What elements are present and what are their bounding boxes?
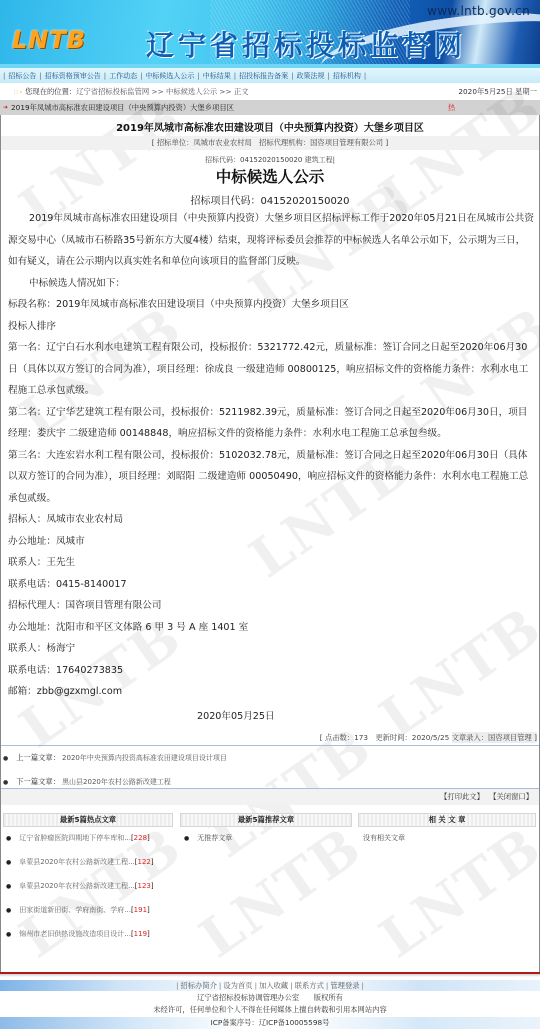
nav-separator: | <box>104 72 106 80</box>
section-name: 标段名称：2019年凤城市高标准农田建设项目（中央预算内投资）大堡乡项目区 <box>8 294 534 316</box>
no-related-text: 没有相关文章 <box>363 833 405 843</box>
bullet-icon: ● <box>184 835 189 842</box>
bullet-icon: ● <box>6 835 11 842</box>
next-article: ● 下一篇文章： 黑山县2020年农村公路新改建工程 <box>3 777 171 787</box>
nav-separator: | <box>39 72 41 80</box>
nav-item-bid-results[interactable]: 中标结果 <box>203 71 231 81</box>
nav-separator: | <box>234 72 236 80</box>
view-count: 122 <box>137 858 150 866</box>
tenderer-contact: 联系人：王先生 <box>8 552 534 574</box>
print-button[interactable]: 【打印此文】 <box>440 792 484 801</box>
footer-link-bookmark[interactable]: 加入收藏 <box>259 981 288 990</box>
main-nav: | 招标公告 | 招标资格预审公告 | 工作动态 | 中标候选人公示 | 中标结… <box>0 68 540 83</box>
related-articles-list: 没有相关文章 <box>363 826 405 850</box>
prev-article-link[interactable]: 2020年中央预算内投资高标准农田建设项目设计项目 <box>62 753 227 763</box>
candidate-1: 第一名：辽宁白石水利水电建筑工程有限公司，投标报价：5321772.42元，质量… <box>8 337 534 402</box>
candidates-heading: 中标候选人情况如下： <box>8 273 534 295</box>
nav-item-candidate-notice[interactable]: 中标候选人公示 <box>145 71 194 81</box>
footer-shadow <box>0 974 540 977</box>
agent-email: 邮箱：zbb@gzxmgl.com <box>8 681 534 703</box>
notice-title: 中标候选人公示 <box>0 165 540 187</box>
sign-date: 2020年05月25日 <box>197 708 275 722</box>
agent-address: 办公地址：沈阳市和平区文体路 6 甲 3 号 A 座 1401 室 <box>8 617 534 639</box>
footer-link-about[interactable]: 招标办简介 <box>180 981 216 990</box>
agent-contact: 联系人：杨海宁 <box>8 638 534 660</box>
footer-copyright: 辽宁省招标投标协调管理办公室 版权所有 <box>0 993 540 1003</box>
breadcrumb[interactable]: 辽宁省招标投标监管网 >> 中标候选人公示 >> 正文 <box>76 87 248 97</box>
view-count: 123 <box>137 882 150 890</box>
nav-item-policies[interactable]: 政策法规 <box>297 71 325 81</box>
recommended-articles-list: ●无推荐文章 <box>184 826 232 850</box>
view-count: 228 <box>134 834 147 842</box>
article-meta: [ 点击数：173 更新时间：2020/5/25 文章录入：国咨项目管理 ] <box>0 733 537 743</box>
ranking-heading: 投标人排序 <box>8 316 534 338</box>
list-item[interactable]: ●锦州市老旧供热设施改造项目设计...[119] <box>6 922 154 946</box>
bullet-icon: ● <box>6 883 11 890</box>
nav-item-work-news[interactable]: 工作动态 <box>109 71 137 81</box>
nav-separator: | <box>140 72 142 80</box>
hot-badge: 热 <box>448 103 455 113</box>
prev-label: 上一篇文章： <box>16 753 60 763</box>
agent-phone: 联系电话：17640273835 <box>8 660 534 682</box>
article-body: 2019年凤城市高标准农田建设项目（中央预算内投资）大堡乡项目区招标评标工作于2… <box>8 208 534 703</box>
breadcrumb-dots-icon: ∷ › <box>14 89 22 96</box>
hot-articles-list: ●辽宁省肿瘤医院四期地下停车库和...[228] ●阜蒙县2020年农村公路新改… <box>6 826 154 946</box>
hot-article-link[interactable]: 田家街道新田街、学府南街、学府... <box>19 905 131 915</box>
tenderer-phone: 联系电话：0415-8140017 <box>8 574 534 596</box>
next-article-link[interactable]: 黑山县2020年农村公路新改建工程 <box>62 777 171 787</box>
article-unit-info: [ 招标单位：凤城市农业农村局 招标代理机构：国咨项目管理有限公司 ] <box>1 136 539 150</box>
current-article-title: 2019年凤城市高标准农田建设项目（中央预算内投资）大堡乡项目区 <box>11 103 234 113</box>
breadcrumb-bar: ∷ › 您现在的位置： 辽宁省招标投标监管网 >> 中标候选人公示 >> 正文 … <box>0 84 540 100</box>
hot-article-link[interactable]: 锦州市老旧供热设施改造项目设计... <box>19 929 131 939</box>
article-author: 文章录入：国咨项目管理 ] <box>452 732 537 743</box>
list-item[interactable]: ●田家街道新田街、学府南街、学府...[191] <box>6 898 154 922</box>
candidate-3: 第三名：大连宏岩水利工程有限公司，投标报价：5102032.78元，质量标准：签… <box>8 445 534 510</box>
print-bar: 【打印此文】 【关闭窗口】 <box>1 789 539 805</box>
view-count: 191 <box>134 906 147 914</box>
agent: 招标代理人：国咨项目管理有限公司 <box>8 595 534 617</box>
list-item: 没有相关文章 <box>363 826 405 850</box>
list-item[interactable]: ●阜蒙县2020年农村公路新改建工程...[123] <box>6 874 154 898</box>
bullet-icon: ● <box>3 779 8 786</box>
article-title: 2019年凤城市高标准农田建设项目（中央预算内投资）大堡乡项目区 <box>0 119 540 134</box>
nav-separator: | <box>364 72 366 80</box>
list-item: ●无推荐文章 <box>184 826 232 850</box>
prev-article: ● 上一篇文章： 2020年中央预算内投资高标准农田建设项目设计项目 <box>3 753 227 763</box>
hot-article-link[interactable]: 阜蒙县2020年农村公路新改建工程... <box>19 881 135 891</box>
view-count: 119 <box>134 930 147 938</box>
hot-articles-header: 最新5篇热点文章 <box>3 813 173 827</box>
list-item[interactable]: ●辽宁省肿瘤医院四期地下停车库和...[228] <box>6 826 154 850</box>
bullet-icon: ● <box>6 859 11 866</box>
close-window-button[interactable]: 【关闭窗口】 <box>489 792 533 801</box>
site-logo[interactable]: LNTB <box>12 26 86 54</box>
nav-separator: | <box>3 72 5 80</box>
divider <box>1 745 539 746</box>
hot-article-link[interactable]: 辽宁省肿瘤医院四期地下停车库和... <box>19 833 131 843</box>
next-label: 下一篇文章： <box>16 777 60 787</box>
site-title: 辽宁省招标投标监督网 <box>146 24 466 64</box>
nav-separator: | <box>291 72 293 80</box>
recommended-articles-header: 最新5篇推荐文章 <box>180 813 352 827</box>
candidate-2: 第二名：辽宁华艺建筑工程有限公司，投标报价：5211982.39元，质量标准：签… <box>8 402 534 445</box>
article-code-info: 招标代码：04152020150020 建筑工程| <box>0 155 540 165</box>
nav-separator: | <box>328 72 330 80</box>
nav-item-report-filing[interactable]: 招投标报告备案 <box>239 71 288 81</box>
current-date: 2020年5月25日 星期一 <box>458 87 537 97</box>
bullet-icon: ● <box>6 907 11 914</box>
arrow-right-icon: ➜ <box>3 104 8 111</box>
breadcrumb-label: 您现在的位置： <box>25 87 76 97</box>
click-count-update-time: [ 点击数：173 更新时间：2020/5/25 <box>320 733 449 742</box>
footer-icp: ICP备案序号：辽ICP备10005598号 <box>0 1017 540 1029</box>
tenderer-address: 办公地址：凤城市 <box>8 531 534 553</box>
site-banner: LNTB 辽宁省招标投标监督网 www.lntb.gov.cn <box>0 0 540 68</box>
no-recommended-text: 无推荐文章 <box>197 833 232 843</box>
footer-notice: 未经许可，任何单位和个人不得在任何媒体上擅自转载和引用本网站内容 <box>0 1005 540 1015</box>
nav-item-prequalification[interactable]: 招标资格预审公告 <box>45 71 101 81</box>
current-article-bar: ➜ 2019年凤城市高标准农田建设项目（中央预算内投资）大堡乡项目区 热 <box>0 100 540 115</box>
nav-item-bid-announcement[interactable]: 招标公告 <box>8 71 36 81</box>
intro-paragraph: 2019年凤城市高标准农田建设项目（中央预算内投资）大堡乡项目区招标评标工作于2… <box>8 208 534 273</box>
hot-article-link[interactable]: 阜蒙县2020年农村公路新改建工程... <box>19 857 135 867</box>
footer-link-homepage[interactable]: 设为首页 <box>223 981 252 990</box>
project-code: 招标项目代码：04152020150020 <box>0 192 540 207</box>
nav-item-agencies[interactable]: 招标机构 <box>333 71 361 81</box>
site-url: www.lntb.gov.cn <box>427 4 530 18</box>
related-articles-header: 相 关 文 章 <box>358 813 536 827</box>
tenderer: 招标人：凤城市农业农村局 <box>8 509 534 531</box>
footer-link-contact[interactable]: 联系方式 <box>295 981 324 990</box>
bullet-icon: ● <box>3 755 8 762</box>
list-item[interactable]: ●阜蒙县2020年农村公路新改建工程...[122] <box>6 850 154 874</box>
footer-link-admin-login[interactable]: 管理登录 <box>330 981 359 990</box>
bullet-icon: ● <box>6 931 11 938</box>
footer-links: |招标办简介|设为首页|加入收藏|联系方式|管理登录| <box>0 980 540 991</box>
nav-separator: | <box>197 72 199 80</box>
